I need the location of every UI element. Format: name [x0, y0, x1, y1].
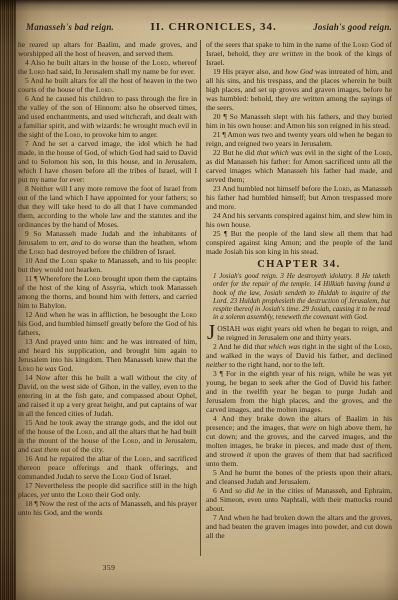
verse-paragraph: 11 ¶ Wherefore the Lord brought upon the… [18, 274, 197, 310]
verse-paragraph: 12 And when he was in affliction, he bes… [18, 310, 197, 337]
book-gutter-page-edges [0, 0, 16, 600]
verse-paragraph: 13 And prayed unto him: and he was intre… [18, 337, 197, 373]
chapter-summary: 1 Josiah's good reign. 3 He destroyeth i… [206, 272, 392, 322]
chapter-heading: CHAPTER 34. [206, 259, 392, 270]
bible-page: Manasseh's bad reign. II. CHRONICLES, 34… [0, 0, 398, 600]
verse-paragraph: 5 And he burnt the bones of the priests … [206, 468, 392, 486]
verse-paragraph: 7 And he set a carved image, the idol wh… [18, 139, 197, 184]
right-column: of the seers that spake to him in the na… [206, 40, 392, 560]
verse-paragraph: 22 But he did that which was evil in the… [206, 148, 392, 184]
verse-paragraph: 23 And humbled not himself before the Lo… [206, 184, 392, 211]
column-divider [200, 40, 201, 556]
verse-paragraph: of the seers that spake to him in the na… [206, 40, 392, 67]
verse-paragraph: he reared up altars for Baalim, and made… [18, 40, 197, 58]
verse-paragraph: 6 And he caused his children to pass thr… [18, 94, 197, 139]
verse-paragraph: 17 Nevertheless the people did sacrifice… [18, 481, 197, 499]
verse-paragraph: 9 So Manasseh made Judah and the inhabit… [18, 229, 197, 256]
drop-cap-verse: JOSIAH was eight years old when he began… [206, 324, 392, 342]
verse-paragraph: 20 ¶ So Manasseh slept with his fathers,… [206, 112, 392, 130]
verse-paragraph: 10 And the Lord spake to Manasseh, and t… [18, 256, 197, 274]
verse-paragraph: 21 ¶ Amon was two and twenty years old w… [206, 130, 392, 148]
running-head: Manasseh's bad reign. II. CHRONICLES, 34… [26, 21, 392, 33]
running-head-right: Josiah's good reign. [313, 22, 392, 32]
verse-paragraph: 24 And his servants conspired against hi… [206, 211, 392, 229]
verse-paragraph: 5 And he built altars for all the host o… [18, 76, 197, 94]
page-number: 359 [20, 563, 198, 572]
verse-paragraph: 2 And he did that which was right in the… [206, 342, 392, 369]
verse-paragraph: 16 And he repaired the altar of the Lord… [18, 454, 197, 481]
verse-paragraph: 25 ¶ But the people of the land slew all… [206, 229, 392, 256]
page-content: Manasseh's bad reign. II. CHRONICLES, 34… [16, 0, 398, 600]
verse-paragraph: 4 Also he built altars in the house of t… [18, 58, 197, 76]
verse-paragraph: 15 And he took away the strange gods, an… [18, 418, 197, 454]
verse-paragraph: 6 And so did he in the cities of Manasse… [206, 486, 392, 513]
verse-paragraph: 7 And when he had broken down the altars… [206, 513, 392, 540]
verse-paragraph: 19 His prayer also, and how God was intr… [206, 67, 392, 112]
text-columns: he reared up altars for Baalim, and made… [18, 40, 392, 560]
verse-paragraph: 8 Neither will I any more remove the foo… [18, 184, 197, 229]
left-column: he reared up altars for Baalim, and made… [18, 40, 197, 560]
running-head-center: II. CHRONICLES, 34. [150, 21, 276, 33]
verse-paragraph: 14 Now after this he built a wall withou… [18, 373, 197, 418]
verse-paragraph: 4 And they brake down the altars of Baal… [206, 414, 392, 468]
verse-paragraph: 18 ¶ Now the rest of the acts of Manasse… [18, 499, 197, 517]
running-head-left: Manasseh's bad reign. [26, 22, 114, 32]
verse-paragraph: 3 ¶ For in the eighth year of his reign,… [206, 369, 392, 414]
